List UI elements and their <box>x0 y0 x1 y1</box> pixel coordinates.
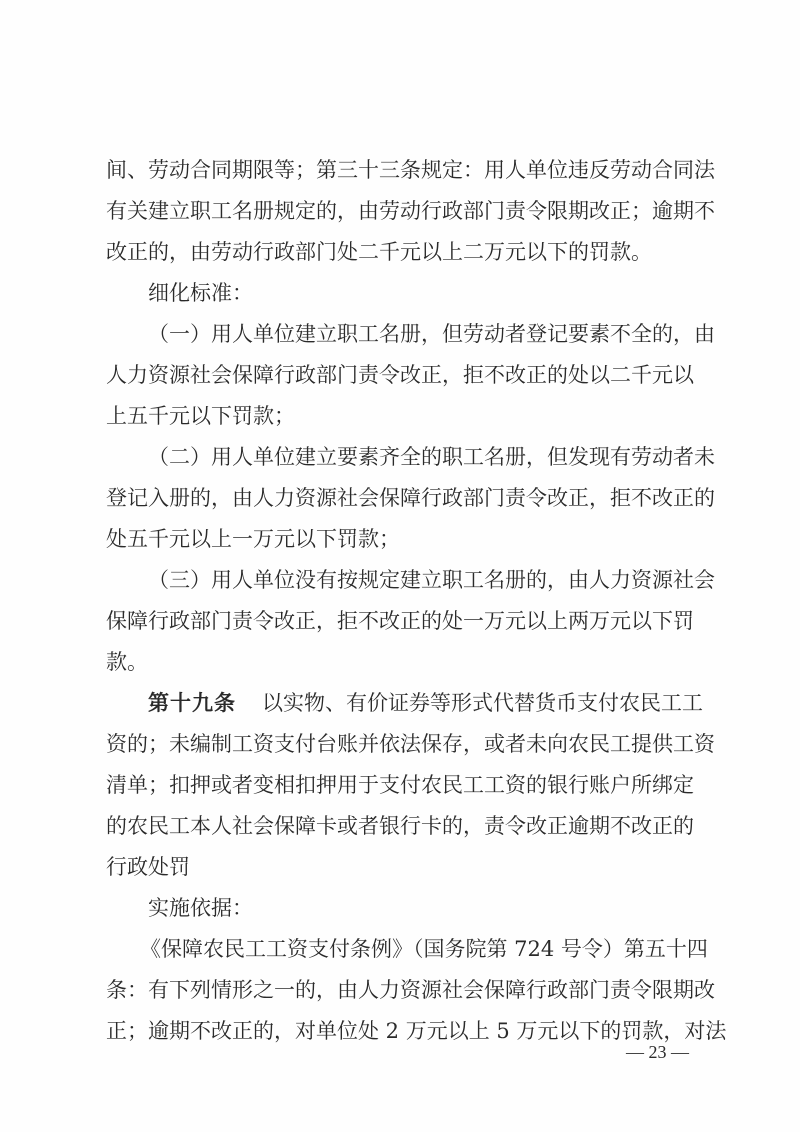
paragraph-line: 清单；扣押或者变相扣押用于支付农民工工资的银行账户所绑定 <box>106 765 694 805</box>
paragraph-line: 《保障农民工工资支付条例》（国务院第 724 号令）第五十四 <box>140 929 694 969</box>
paragraph-line: 上五千元以下罚款； <box>106 396 694 436</box>
section-label-refinement-standards: 细化标准： <box>148 273 694 313</box>
paragraph-line: 以实物、有价证券等形式代替货币支付农民工工 <box>262 683 703 723</box>
paragraph-line: 人力资源社会保障行政部门责令改正，拒不改正的处以二千元以 <box>106 355 694 395</box>
paragraph-line: （一）用人单位建立职工名册，但劳动者登记要素不全的，由 <box>148 314 694 354</box>
paragraph-line: 改正的，由劳动行政部门处二千元以上二万元以下的罚款。 <box>106 232 694 272</box>
section-label-implementation-basis: 实施依据： <box>148 888 694 928</box>
paragraph-line: （二）用人单位建立要素齐全的职工名册，但发现有劳动者未 <box>148 437 694 477</box>
paragraph-line: 的农民工本人社会保障卡或者银行卡的，责令改正逾期不改正的 <box>106 806 694 846</box>
paragraph-line: 条：有下列情形之一的，由人力资源社会保障行政部门责令限期改 <box>106 970 694 1010</box>
paragraph-line: 行政处罚 <box>106 847 694 887</box>
paragraph-line: 处五千元以上一万元以下罚款； <box>106 519 694 559</box>
paragraph-line: 正；逾期不改正的，对单位处 2 万元以上 5 万元以下的罚款，对法 <box>106 1011 694 1051</box>
article-heading: 第十九条 <box>148 683 236 723</box>
paragraph-line: 登记入册的，由人力资源社会保障行政部门责令改正，拒不改正的 <box>106 478 694 518</box>
paragraph-line: （三）用人单位没有按规定建立职工名册的，由人力资源社会 <box>148 560 694 600</box>
paragraph-line: 有关建立职工名册规定的，由劳动行政部门责令限期改正；逾期不 <box>106 191 694 231</box>
paragraph-line: 间、劳动合同期限等；第三十三条规定：用人单位违反劳动合同法 <box>106 150 694 190</box>
paragraph-line: 款。 <box>106 642 694 682</box>
page-number: — 23 — <box>626 1040 689 1064</box>
paragraph-line: 保障行政部门责令改正，拒不改正的处一万元以上两万元以下罚 <box>106 601 694 641</box>
article-19-first-line: 第十九条 以实物、有价证券等形式代替货币支付农民工工 <box>148 683 694 723</box>
paragraph-line: 资的；未编制工资支付台账并依法保存，或者未向农民工提供工资 <box>106 724 694 764</box>
document-page: 间、劳动合同期限等；第三十三条规定：用人单位违反劳动合同法 有关建立职工名册规定… <box>0 0 800 1132</box>
